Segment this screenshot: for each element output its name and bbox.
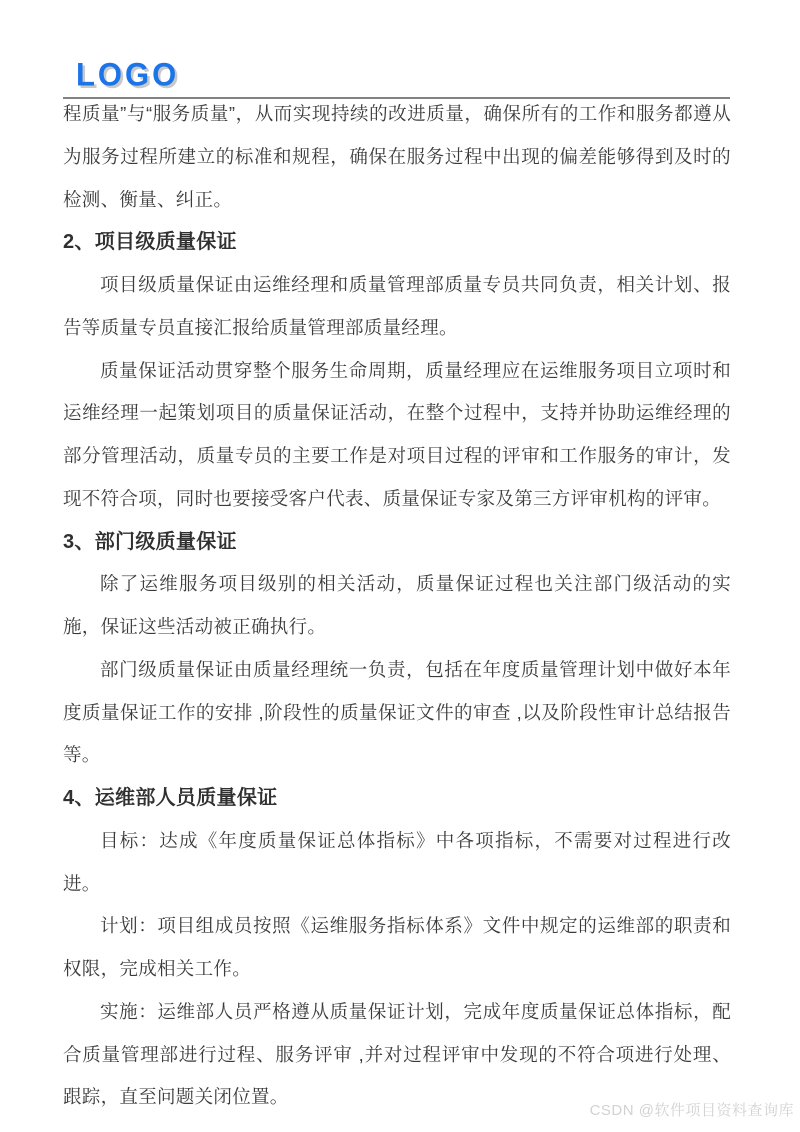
document-page: LOGO 程质量”与“服务质量”，从而实现持续的改进质量，确保所有的工作和服务都… <box>0 0 800 1132</box>
body-paragraph: 部门级质量保证由质量经理统一负责，包括在年度质量管理计划中做好本年度质量保证工作… <box>63 649 731 777</box>
body-paragraph: 除了运维服务项目级别的相关活动，质量保证过程也关注部门级活动的实施，保证这些活动… <box>63 563 731 649</box>
body-paragraph: 项目级质量保证由运维经理和质量管理部质量专员共同负责，相关计划、报告等质量专员直… <box>63 264 731 350</box>
section-heading-ops-personnel: 4、运维部人员质量保证 <box>63 777 731 820</box>
document-body: 程质量”与“服务质量”，从而实现持续的改进质量，确保所有的工作和服务都遵从为服务… <box>63 93 731 1119</box>
body-paragraph: 目标：达成《年度质量保证总体指标》中各项指标，不需要对过程进行改进。 <box>63 820 731 906</box>
body-paragraph: 计划：项目组成员按照《运维服务指标体系》文件中规定的运维部的职责和权限，完成相关… <box>63 905 731 991</box>
section-heading-department-level: 3、部门级质量保证 <box>63 521 731 564</box>
csdn-watermark: CSDN @软件项目资料查询库 <box>590 1099 794 1123</box>
section-heading-project-level: 2、项目级质量保证 <box>63 221 731 264</box>
body-paragraph-continuation: 程质量”与“服务质量”，从而实现持续的改进质量，确保所有的工作和服务都遵从为服务… <box>63 93 731 221</box>
body-paragraph: 质量保证活动贯穿整个服务生命周期，质量经理应在运维服务项目立项时和运维经理一起策… <box>63 350 731 521</box>
company-logo: LOGO <box>76 56 179 94</box>
